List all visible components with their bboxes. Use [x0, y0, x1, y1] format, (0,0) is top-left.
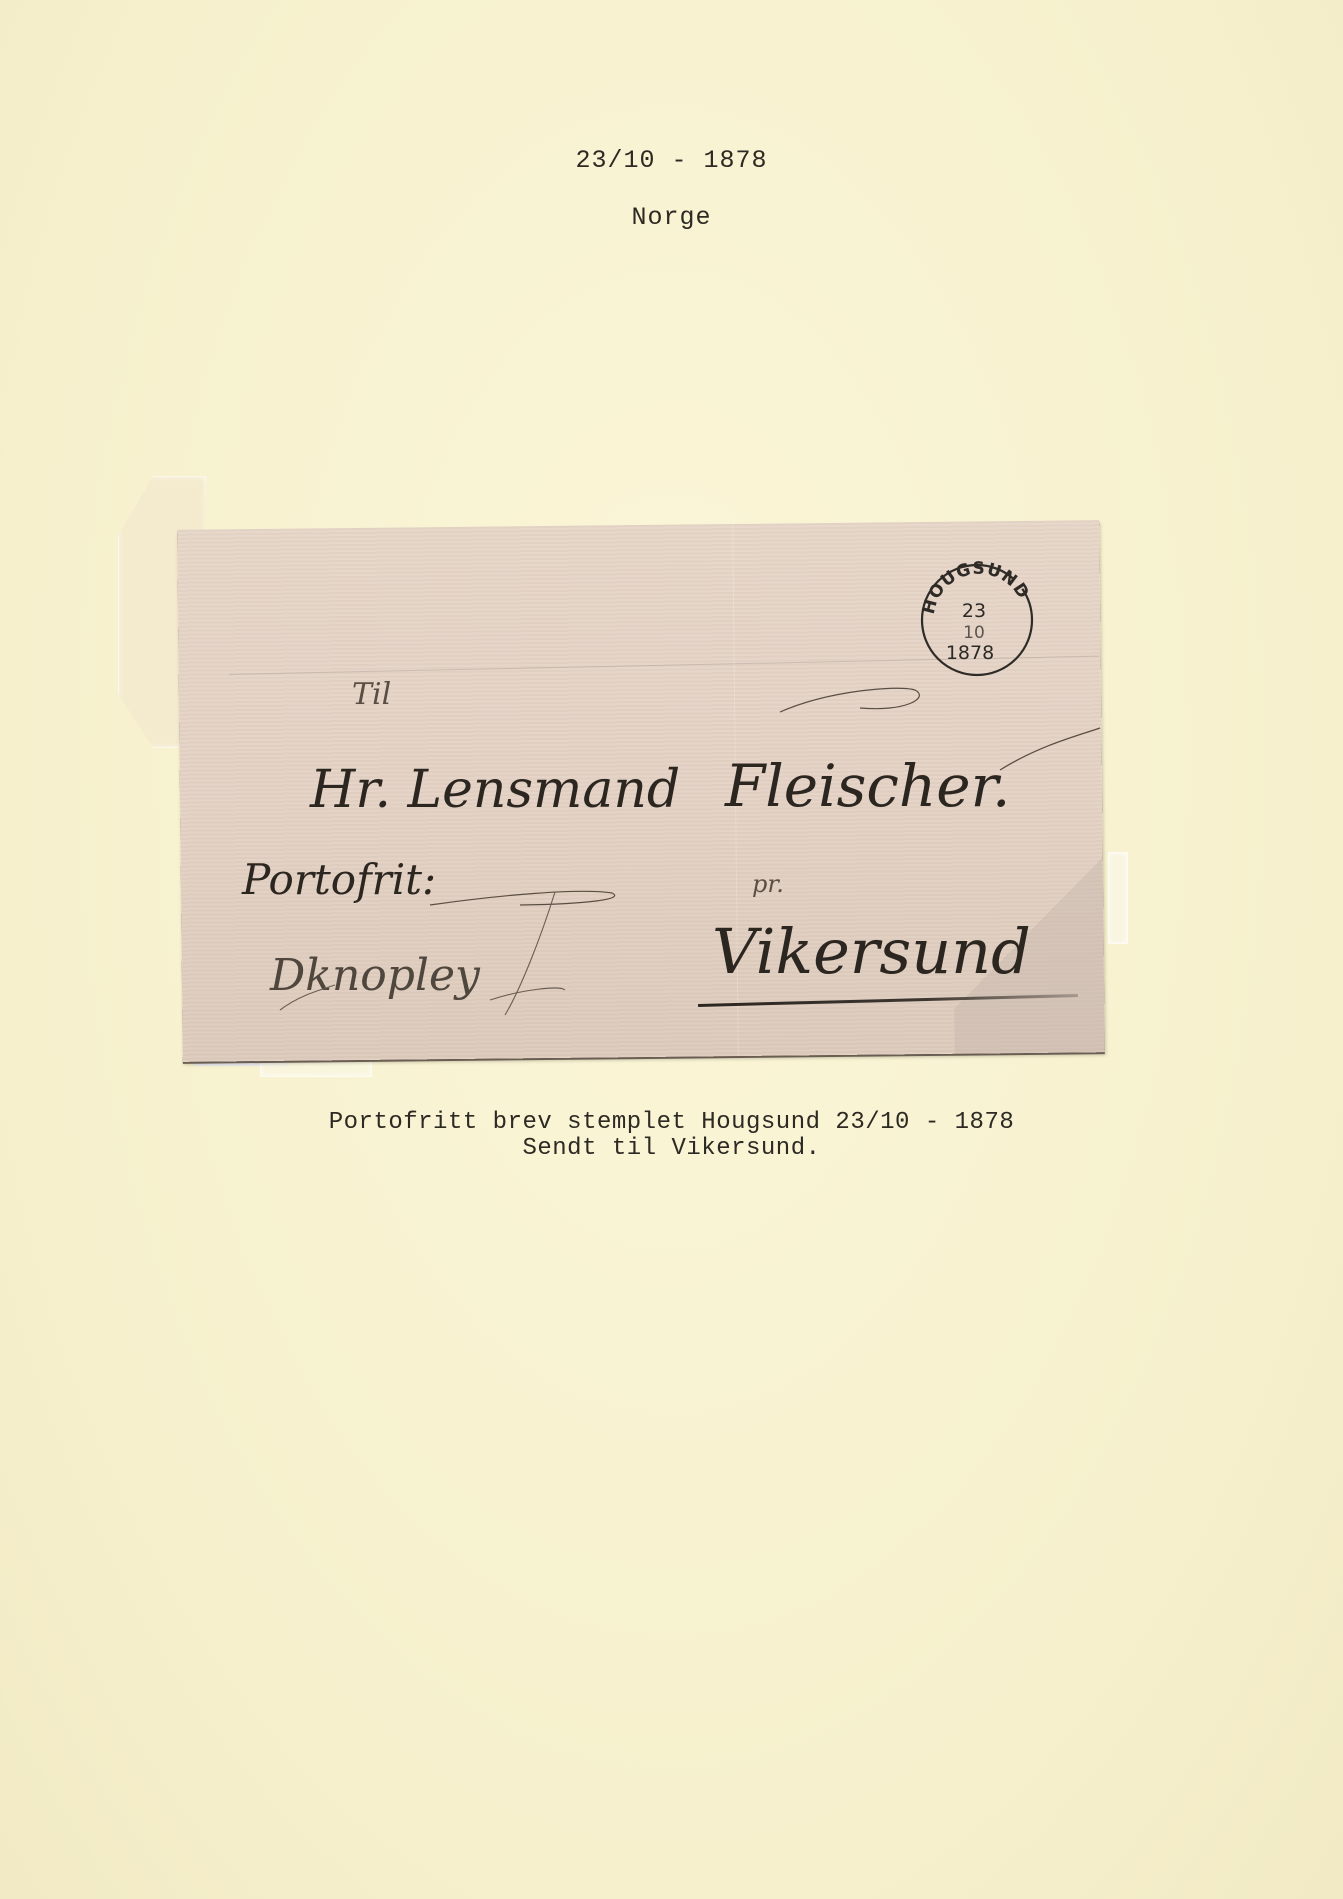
handwritten-til: Til — [352, 677, 391, 712]
postmark-year: 1878 — [946, 642, 994, 664]
mounting-tape-right — [1108, 852, 1128, 944]
postmark-month: 10 — [963, 623, 985, 643]
page-heading-date: 23/10 - 1878 — [0, 146, 1343, 175]
caption-line-1: Portofritt brev stemplet Hougsund 23/10 … — [0, 1110, 1343, 1136]
caption-line-2: Sendt til Vikersund. — [0, 1136, 1343, 1162]
postmark-cancel: HOUGSUND 23 10 1878 — [912, 553, 1042, 683]
postmark-circle-icon: HOUGSUND 23 10 1878 — [912, 553, 1042, 683]
handwritten-signature: Dknopley — [270, 950, 480, 1001]
postmark-day: 23 — [962, 600, 986, 622]
page-caption: Portofritt brev stemplet Hougsund 23/10 … — [0, 1110, 1343, 1162]
handwritten-pr: pr. — [752, 870, 784, 898]
handwritten-addressee-title: Hr. Lensmand — [310, 760, 680, 820]
handwritten-destination: Vikersund — [712, 915, 1031, 988]
handwritten-addressee-name: Fleischer. — [725, 752, 1010, 820]
handwritten-portofrit: Portofrit: — [242, 855, 436, 904]
page-heading-country: Norge — [0, 203, 1343, 232]
